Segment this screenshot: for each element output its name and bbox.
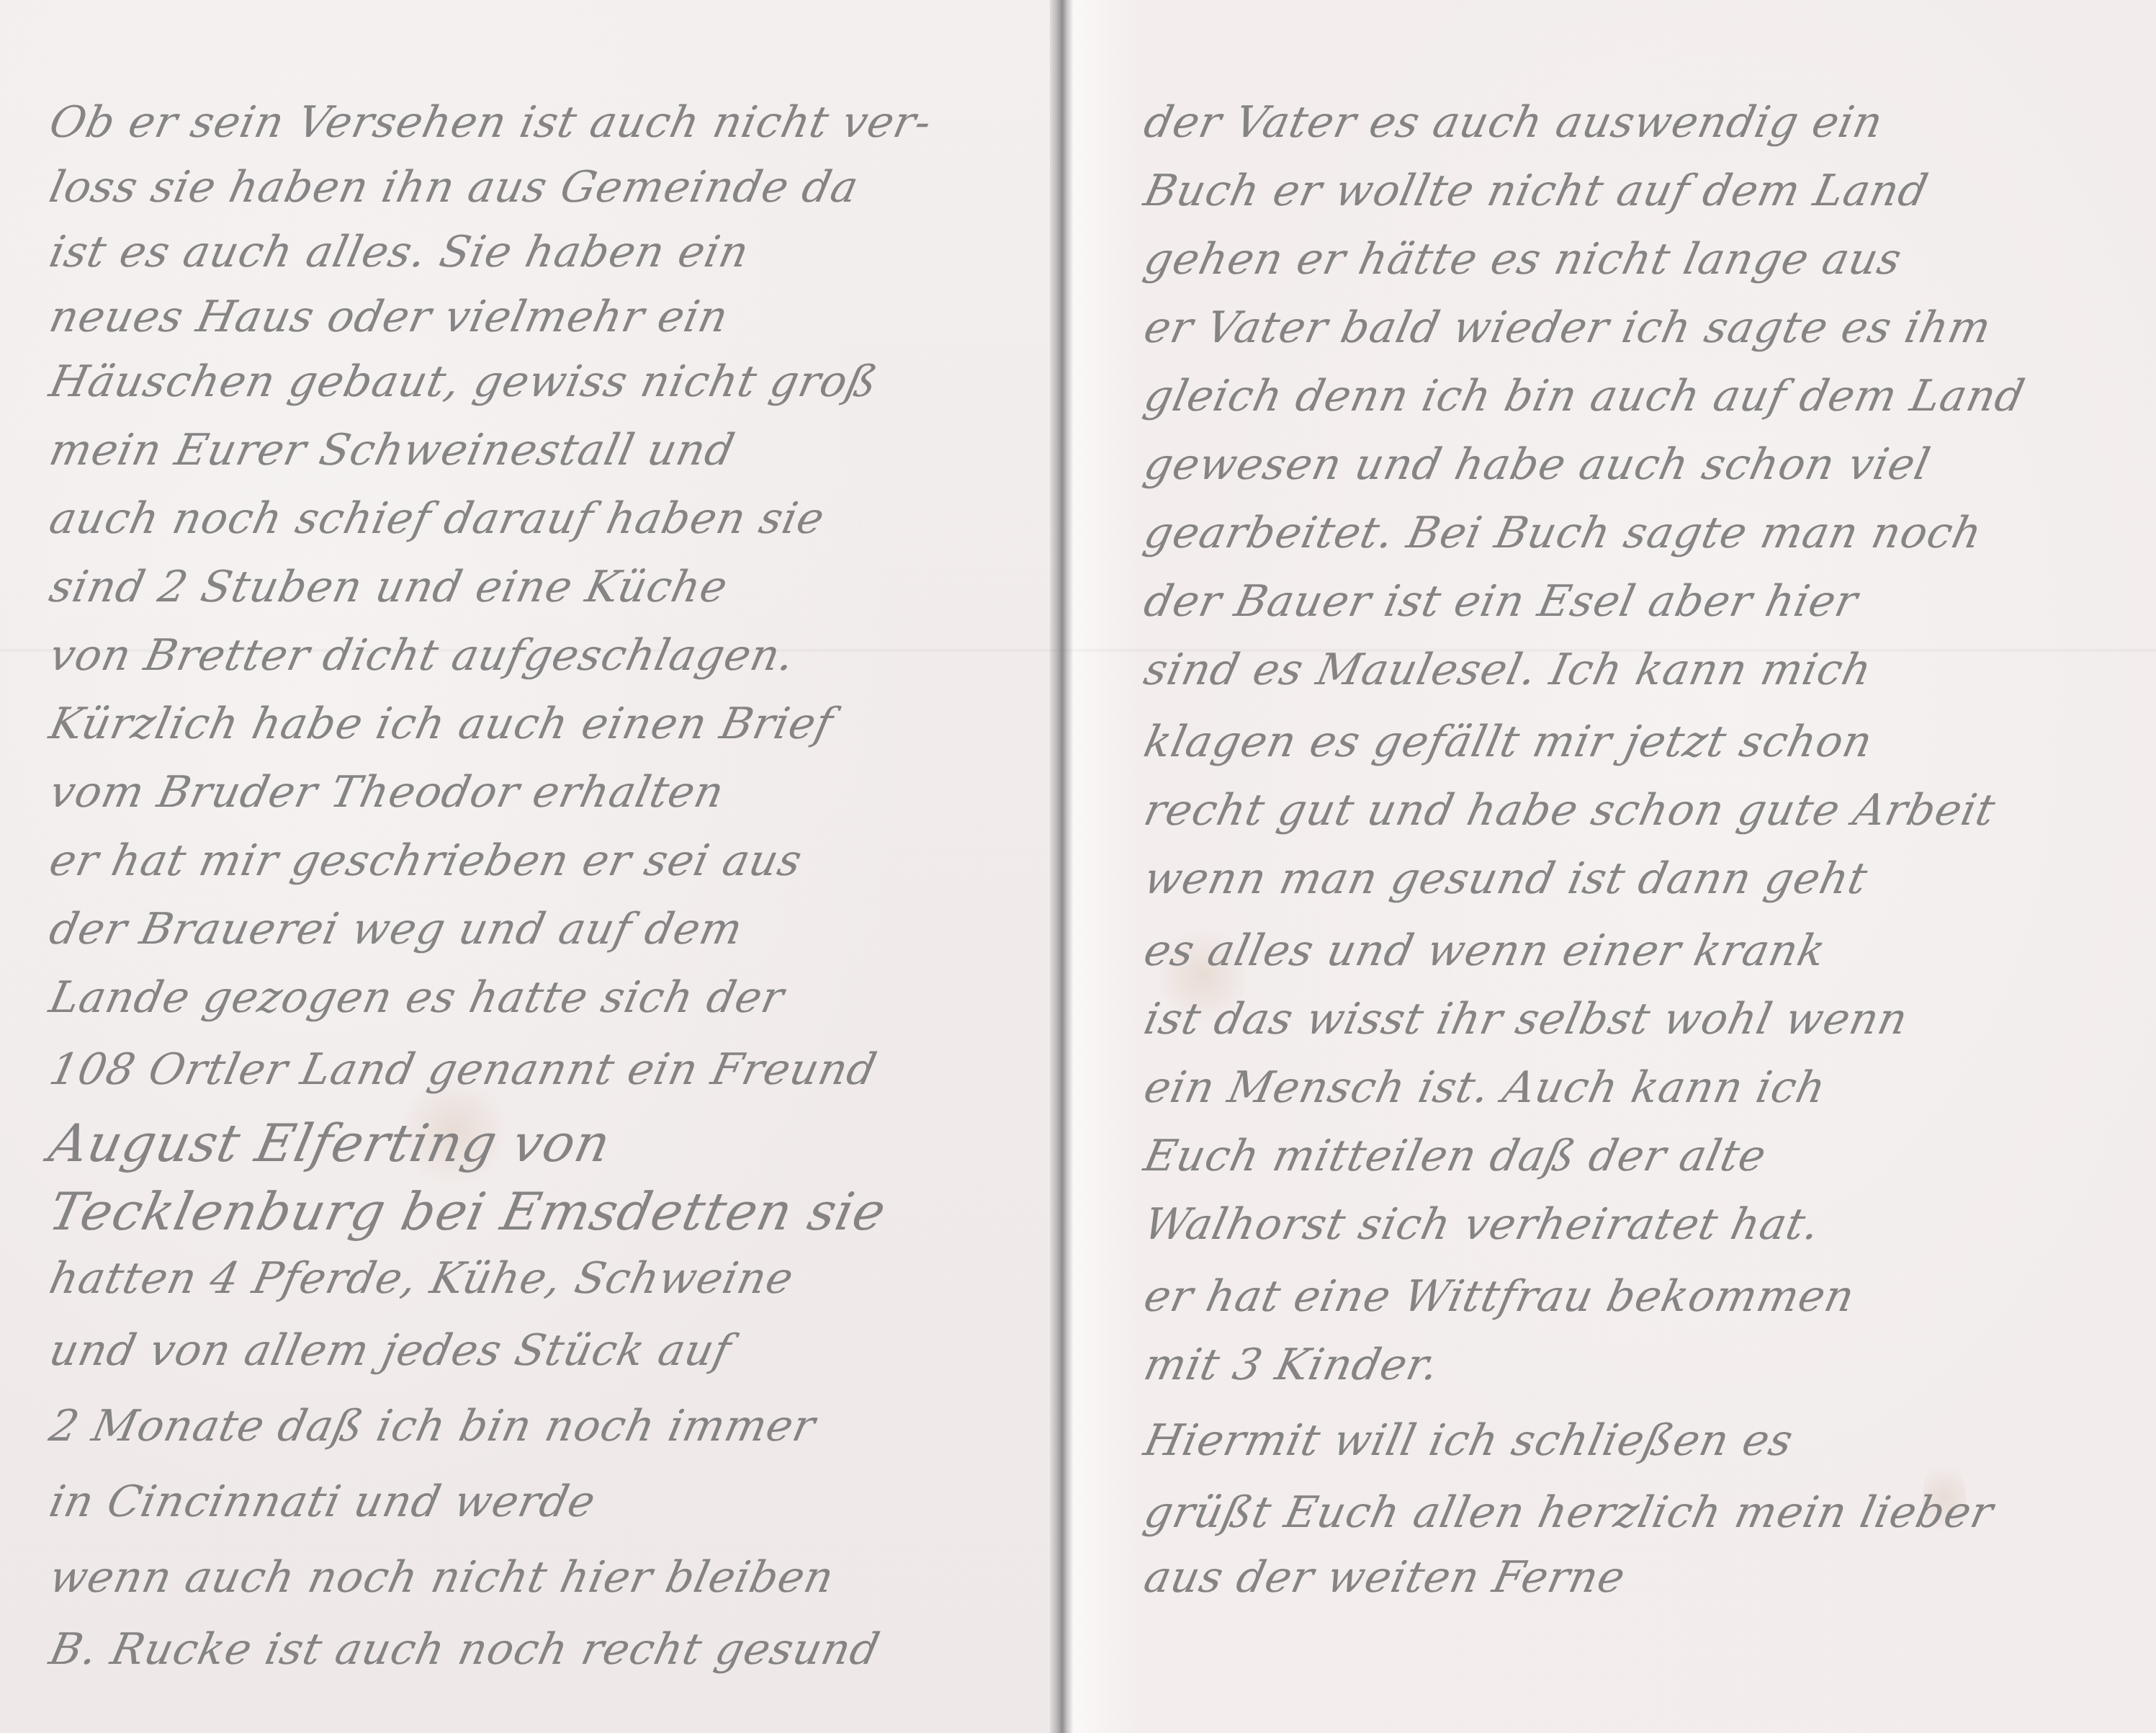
left-line-22: wenn auch noch nicht hier bleiben [45,1552,839,1603]
left-line-9: von Bretter dicht aufgeschlagen. [45,630,800,681]
right-line-8: der Bauer ist ein Esel aber hier [1140,576,1863,627]
right-line-1: der Vater es auch auswendig ein [1140,97,1888,148]
right-line-15: ein Mensch ist. Auch kann ich [1140,1062,1831,1113]
left-line-8: sind 2 Stuben und eine Küche [45,562,732,612]
right-line-11: recht gut und habe schon gute Arbeit [1140,785,2000,836]
left-line-17: Tecklenburg bei Emsdetten sie [44,1181,891,1242]
left-line-16: August Elferting von [44,1113,616,1173]
letter-spread: Ob er sein Versehen ist auch nicht ver- … [0,0,2156,1733]
right-line-20: Hiermit will ich schließen es [1140,1415,1798,1466]
right-line-14: ist das wisst ihr selbst wohl wenn [1140,994,1913,1044]
left-line-20: 2 Monate daß ich bin noch immer [45,1401,820,1451]
left-line-18: hatten 4 Pferde, Kühe, Schweine [45,1253,799,1304]
left-line-3: ist es auch alles. Sie haben ein [45,227,754,277]
left-line-6: mein Eurer Schweinestall und [45,425,740,475]
right-line-18: er hat eine Wittfrau bekommen [1140,1271,1859,1322]
right-line-3: gehen er hätte es nicht lange aus [1140,234,1907,285]
right-line-6: gewesen und habe auch schon viel [1140,439,1935,490]
left-line-12: er hat mir geschrieben er sei aus [45,836,807,886]
left-line-21: in Cincinnati und werde [45,1477,601,1527]
left-line-14: Lande gezogen es hatte sich der [45,972,789,1023]
right-line-16: Euch mitteilen daß der alte [1140,1131,1771,1181]
left-line-1: Ob er sein Versehen ist auch nicht ver- [45,97,937,148]
right-line-2: Buch er wollte nicht auf dem Land [1140,166,1933,216]
left-line-4: neues Haus oder vielmehr ein [45,292,733,342]
right-line-12: wenn man gesund ist dann geht [1140,854,1872,904]
left-line-7: auch noch schief darauf haben sie [45,493,830,544]
left-line-11: vom Bruder Theodor erhalten [45,767,729,818]
right-line-7: gearbeitet. Bei Buch sagte man noch [1140,508,1987,558]
left-line-23: B. Rucke ist auch noch recht gesund [45,1624,884,1675]
left-line-2: loss sie haben ihn aus Gemeinde da [45,162,863,212]
right-line-10: klagen es gefällt mir jetzt schon [1140,717,1877,767]
left-line-15: 108 Ortler Land genannt ein Freund [45,1044,881,1095]
horizontal-fold-crease [0,648,2156,653]
right-line-13: es alles und wenn einer krank [1140,926,1831,976]
right-line-19: mit 3 Kinder. [1140,1340,1444,1390]
right-line-17: Walhorst sich verheiratet hat. [1140,1199,1825,1250]
left-line-5: Häuschen gebaut, gewiss nicht groß [45,357,883,407]
left-line-10: Kürzlich habe ich auch einen Brief [45,699,838,749]
left-line-13: der Brauerei weg und auf dem [45,904,747,954]
left-line-19: und von allem jedes Stück auf [45,1325,736,1376]
right-line-5: gleich denn ich bin auch auf dem Land [1140,371,2030,421]
right-line-22: aus der weiten Ferne [1140,1552,1630,1603]
right-line-4: er Vater bald wieder ich sagte es ihm [1140,303,1996,353]
left-page: Ob er sein Versehen ist auch nicht ver- … [0,0,1053,1733]
right-line-21: grüßt Euch allen herzlich mein lieber [1140,1487,1998,1538]
page-gutter-fold [1050,0,1074,1733]
